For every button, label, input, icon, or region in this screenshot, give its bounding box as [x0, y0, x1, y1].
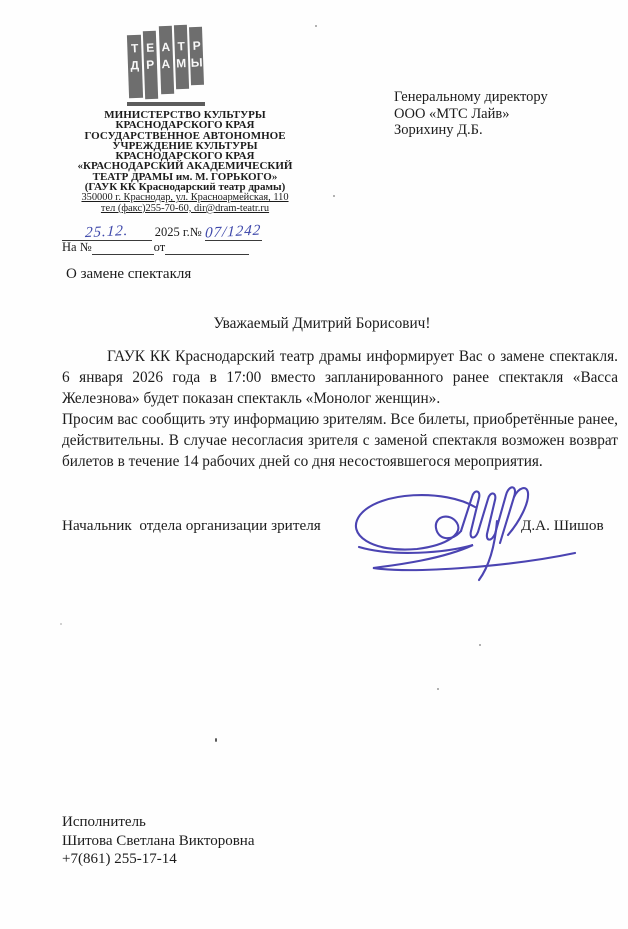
reference-block: 25.12.2025 г.№07/1242 На №от — [62, 223, 262, 255]
logo-letter: Р — [189, 39, 205, 52]
scan-speck — [437, 688, 439, 690]
theater-drama-logo: Т Е А Т Р Д Р А М Ы — [127, 25, 207, 107]
logo-letter: А — [158, 58, 174, 71]
executor-block: Исполнитель Шитова Светлана Викторовна +… — [62, 813, 254, 869]
scan-speck — [479, 644, 481, 646]
body-paragraph-2: Просим вас сообщить эту информацию зрите… — [62, 409, 618, 472]
reference-reply-row: На №от — [62, 242, 262, 255]
logo-word-dramy: Д Р А М Ы — [127, 56, 205, 71]
reply-label: На № — [62, 240, 92, 255]
number-field: 07/1242 — [205, 223, 262, 241]
logo-letter: А — [158, 41, 174, 54]
salutation: Уважаемый Дмитрий Борисович! — [62, 315, 582, 333]
reply-number-blank — [92, 243, 154, 255]
signer-name: Д.А. Шишов — [521, 517, 604, 535]
letterhead-contact: тел (факс)255-70-60, dir@dram-teatr.ru — [35, 204, 335, 214]
letterhead-line: (ГАУК КК Краснодарский театр драмы) — [35, 182, 335, 192]
recipient-line: Зорихину Д.Б. — [394, 122, 548, 139]
recipient-block: Генеральному директору ООО «МТС Лайв» Зо… — [394, 89, 548, 139]
subject-line: О замене спектакля — [66, 266, 191, 283]
date-handwritten: 25.12. — [85, 223, 129, 242]
reply-from-label: от — [154, 240, 166, 255]
executor-phone: +7(861) 255-17-14 — [62, 850, 254, 869]
date-field: 25.12. — [62, 223, 152, 241]
scan-speck — [60, 623, 62, 625]
reply-date-blank — [165, 243, 249, 255]
logo-letter: Т — [127, 42, 143, 55]
logo-word-teatr: Т Е А Т Р — [127, 39, 205, 54]
logo-baseline-rule — [127, 102, 205, 106]
recipient-line: ООО «МТС Лайв» — [394, 106, 548, 123]
logo-letter: Е — [142, 41, 158, 54]
letter-document: Т Е А Т Р Д Р А М Ы МИНИСТЕРСТВО КУЛЬТУР… — [0, 0, 628, 929]
executor-label: Исполнитель — [62, 813, 254, 832]
year-number-label: 2025 г.№ — [152, 225, 205, 241]
body-paragraph-1: ГАУК КК Краснодарский театр драмы информ… — [62, 346, 618, 409]
logo-letter: Р — [142, 58, 158, 71]
logo-letter: М — [173, 57, 189, 70]
signer-position-title: Начальник отдела организации зрителя — [62, 517, 321, 535]
logo-letter: Д — [127, 59, 143, 72]
scan-speck — [215, 738, 217, 742]
letter-body: ГАУК КК Краснодарский театр драмы информ… — [62, 346, 618, 472]
logo-letter: Ы — [189, 56, 205, 69]
logo-letter: Т — [173, 40, 189, 53]
number-handwritten: 07/1242 — [205, 222, 262, 242]
reference-date-row: 25.12.2025 г.№07/1242 — [62, 223, 262, 241]
recipient-line: Генеральному директору — [394, 89, 548, 106]
scan-speck — [315, 25, 317, 27]
scan-speck — [333, 195, 335, 197]
letterhead: МИНИСТЕРСТВО КУЛЬТУРЫ КРАСНОДАРСКОГО КРА… — [35, 110, 335, 214]
executor-name: Шитова Светлана Викторовна — [62, 832, 254, 851]
